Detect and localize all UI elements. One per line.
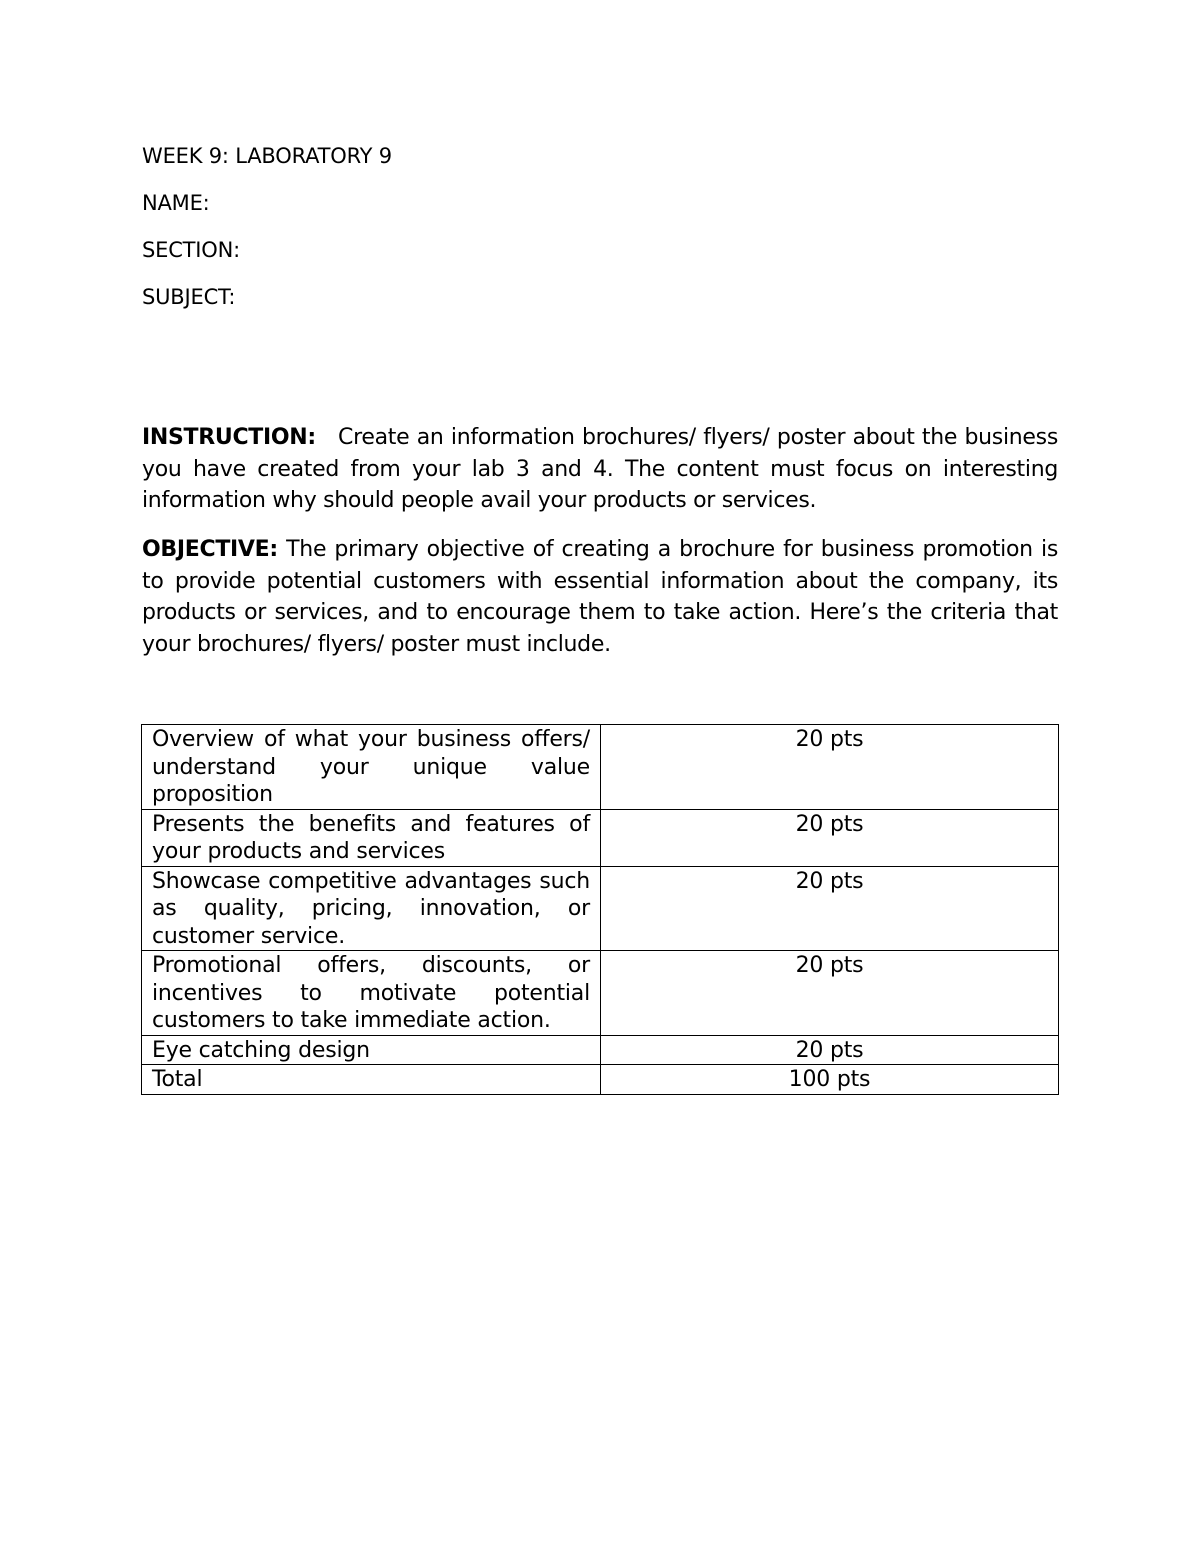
objective-text: The primary objective of creating a broc… bbox=[142, 537, 1058, 657]
points-cell: 20 pts bbox=[601, 809, 1059, 866]
points-cell: 20 pts bbox=[601, 1035, 1059, 1065]
objective-label: OBJECTIVE: bbox=[142, 537, 278, 562]
points-cell: 20 pts bbox=[601, 725, 1059, 810]
points-cell: 20 pts bbox=[601, 866, 1059, 951]
table-row: Showcase competitive advantages such as … bbox=[142, 866, 1059, 951]
document-title: WEEK 9: LABORATORY 9 bbox=[142, 143, 392, 169]
criterion-cell: Presents the benefits and features of yo… bbox=[142, 809, 601, 866]
criterion-cell: Promotional offers, discounts, or incent… bbox=[142, 951, 601, 1036]
table-row: Presents the benefits and features of yo… bbox=[142, 809, 1059, 866]
objective-paragraph: OBJECTIVE: The primary objective of crea… bbox=[142, 534, 1058, 660]
criterion-cell: Overview of what your business offers/ u… bbox=[142, 725, 601, 810]
total-points-cell: 100 pts bbox=[601, 1065, 1059, 1095]
section-label: SECTION: bbox=[142, 237, 240, 263]
name-label: NAME: bbox=[142, 190, 210, 216]
table-row: Promotional offers, discounts, or incent… bbox=[142, 951, 1059, 1036]
instruction-paragraph: INSTRUCTION: Create an information broch… bbox=[142, 422, 1058, 517]
instruction-label: INSTRUCTION: bbox=[142, 425, 316, 450]
table-row: Overview of what your business offers/ u… bbox=[142, 725, 1059, 810]
subject-label: SUBJECT: bbox=[142, 284, 235, 310]
rubric-table: Overview of what your business offers/ u… bbox=[141, 724, 1059, 1095]
table-row-total: Total 100 pts bbox=[142, 1065, 1059, 1095]
table-row: Eye catching design 20 pts bbox=[142, 1035, 1059, 1065]
document-page: WEEK 9: LABORATORY 9 NAME: SECTION: SUBJ… bbox=[0, 0, 1200, 1553]
total-label-cell: Total bbox=[142, 1065, 601, 1095]
criterion-cell: Showcase competitive advantages such as … bbox=[142, 866, 601, 951]
criterion-cell: Eye catching design bbox=[142, 1035, 601, 1065]
points-cell: 20 pts bbox=[601, 951, 1059, 1036]
